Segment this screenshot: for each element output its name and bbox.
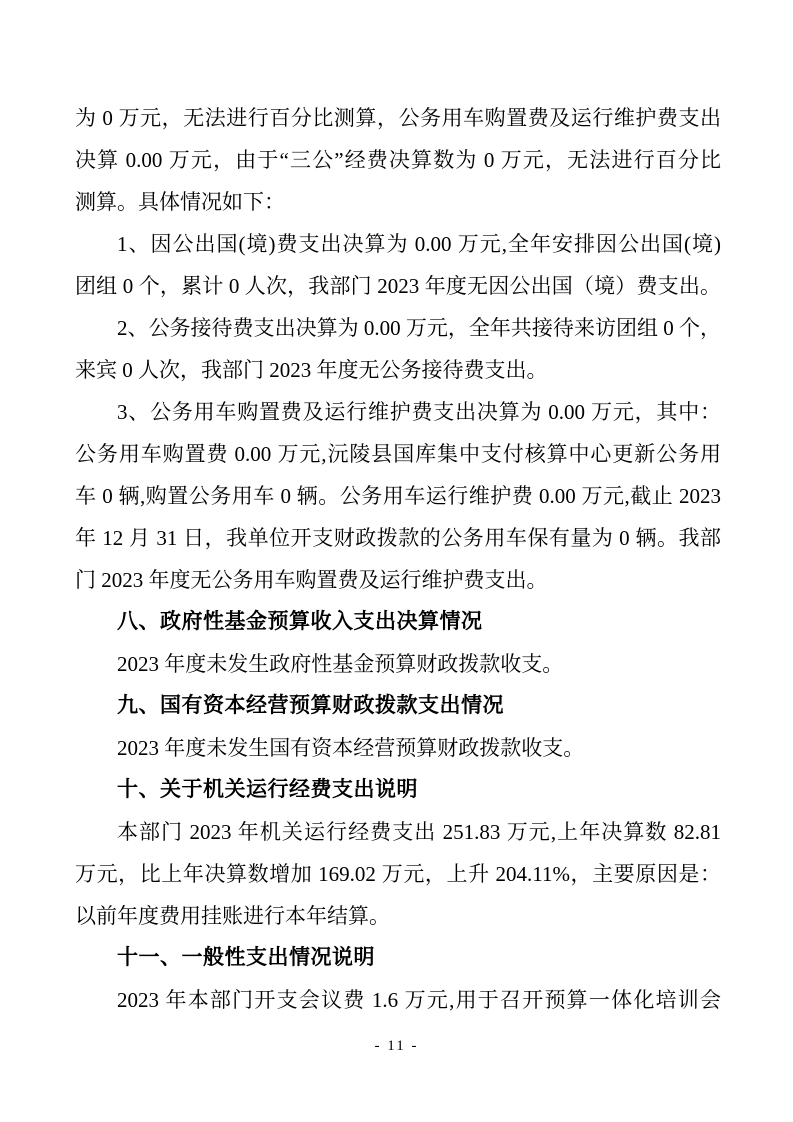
body-text-line: 测算。具体情况如下： (75, 181, 721, 223)
body-text-line: 2023 年度未发生政府性基金预算财政拨款收支。 (75, 643, 721, 685)
body-text-line: 2023 年本部门开支会议费 1.6 万元,用于召开预算一体化培训会 (75, 979, 721, 1021)
body-text-line: 决算 0.00 万元，由于“三公”经费决算数为 0 万元，无法进行百分比 (75, 139, 721, 181)
body-text-line: 年 12 月 31 日，我单位开支财政拨款的公务用车保有量为 0 辆。我部 (75, 517, 721, 559)
body-text-line: 团组 0 个，累计 0 人次，我部门 2023 年度无因公出国（境）费支出。 (75, 265, 721, 307)
body-text-line: 为 0 万元，无法进行百分比测算，公务用车购置费及运行维护费支出 (75, 97, 721, 139)
document-body: 为 0 万元，无法进行百分比测算，公务用车购置费及运行维护费支出决算 0.00 … (75, 97, 721, 1021)
body-text-line: 本部门 2023 年机关运行经费支出 251.83 万元,上年决算数 82.81 (75, 811, 721, 853)
document-page: 为 0 万元，无法进行百分比测算，公务用车购置费及运行维护费支出决算 0.00 … (0, 0, 793, 1122)
section-heading: 十、关于机关运行经费支出说明 (75, 769, 721, 811)
body-text-line: 1、因公出国(境)费支出决算为 0.00 万元,全年安排因公出国(境) (75, 223, 721, 265)
body-text-line: 2、公务接待费支出决算为 0.00 万元，全年共接待来访团组 0 个， (75, 307, 721, 349)
body-text-line: 车 0 辆,购置公务用车 0 辆。公务用车运行维护费 0.00 万元,截止 20… (75, 475, 721, 517)
body-text-line: 万元，比上年决算数增加 169.02 万元，上升 204.11%，主要原因是： (75, 853, 721, 895)
body-text-line: 以前年度费用挂账进行本年结算。 (75, 895, 721, 937)
section-heading: 八、政府性基金预算收入支出决算情况 (75, 601, 721, 643)
section-heading: 九、国有资本经营预算财政拨款支出情况 (75, 685, 721, 727)
page-number: - 11 - (0, 1036, 793, 1056)
body-text-line: 公务用车购置费 0.00 万元,沅陵县国库集中支付核算中心更新公务用 (75, 433, 721, 475)
section-heading: 十一、一般性支出情况说明 (75, 937, 721, 979)
body-text-line: 3、公务用车购置费及运行维护费支出决算为 0.00 万元，其中： (75, 391, 721, 433)
body-text-line: 来宾 0 人次，我部门 2023 年度无公务接待费支出。 (75, 349, 721, 391)
body-text-line: 2023 年度未发生国有资本经营预算财政拨款收支。 (75, 727, 721, 769)
body-text-line: 门 2023 年度无公务用车购置费及运行维护费支出。 (75, 559, 721, 601)
